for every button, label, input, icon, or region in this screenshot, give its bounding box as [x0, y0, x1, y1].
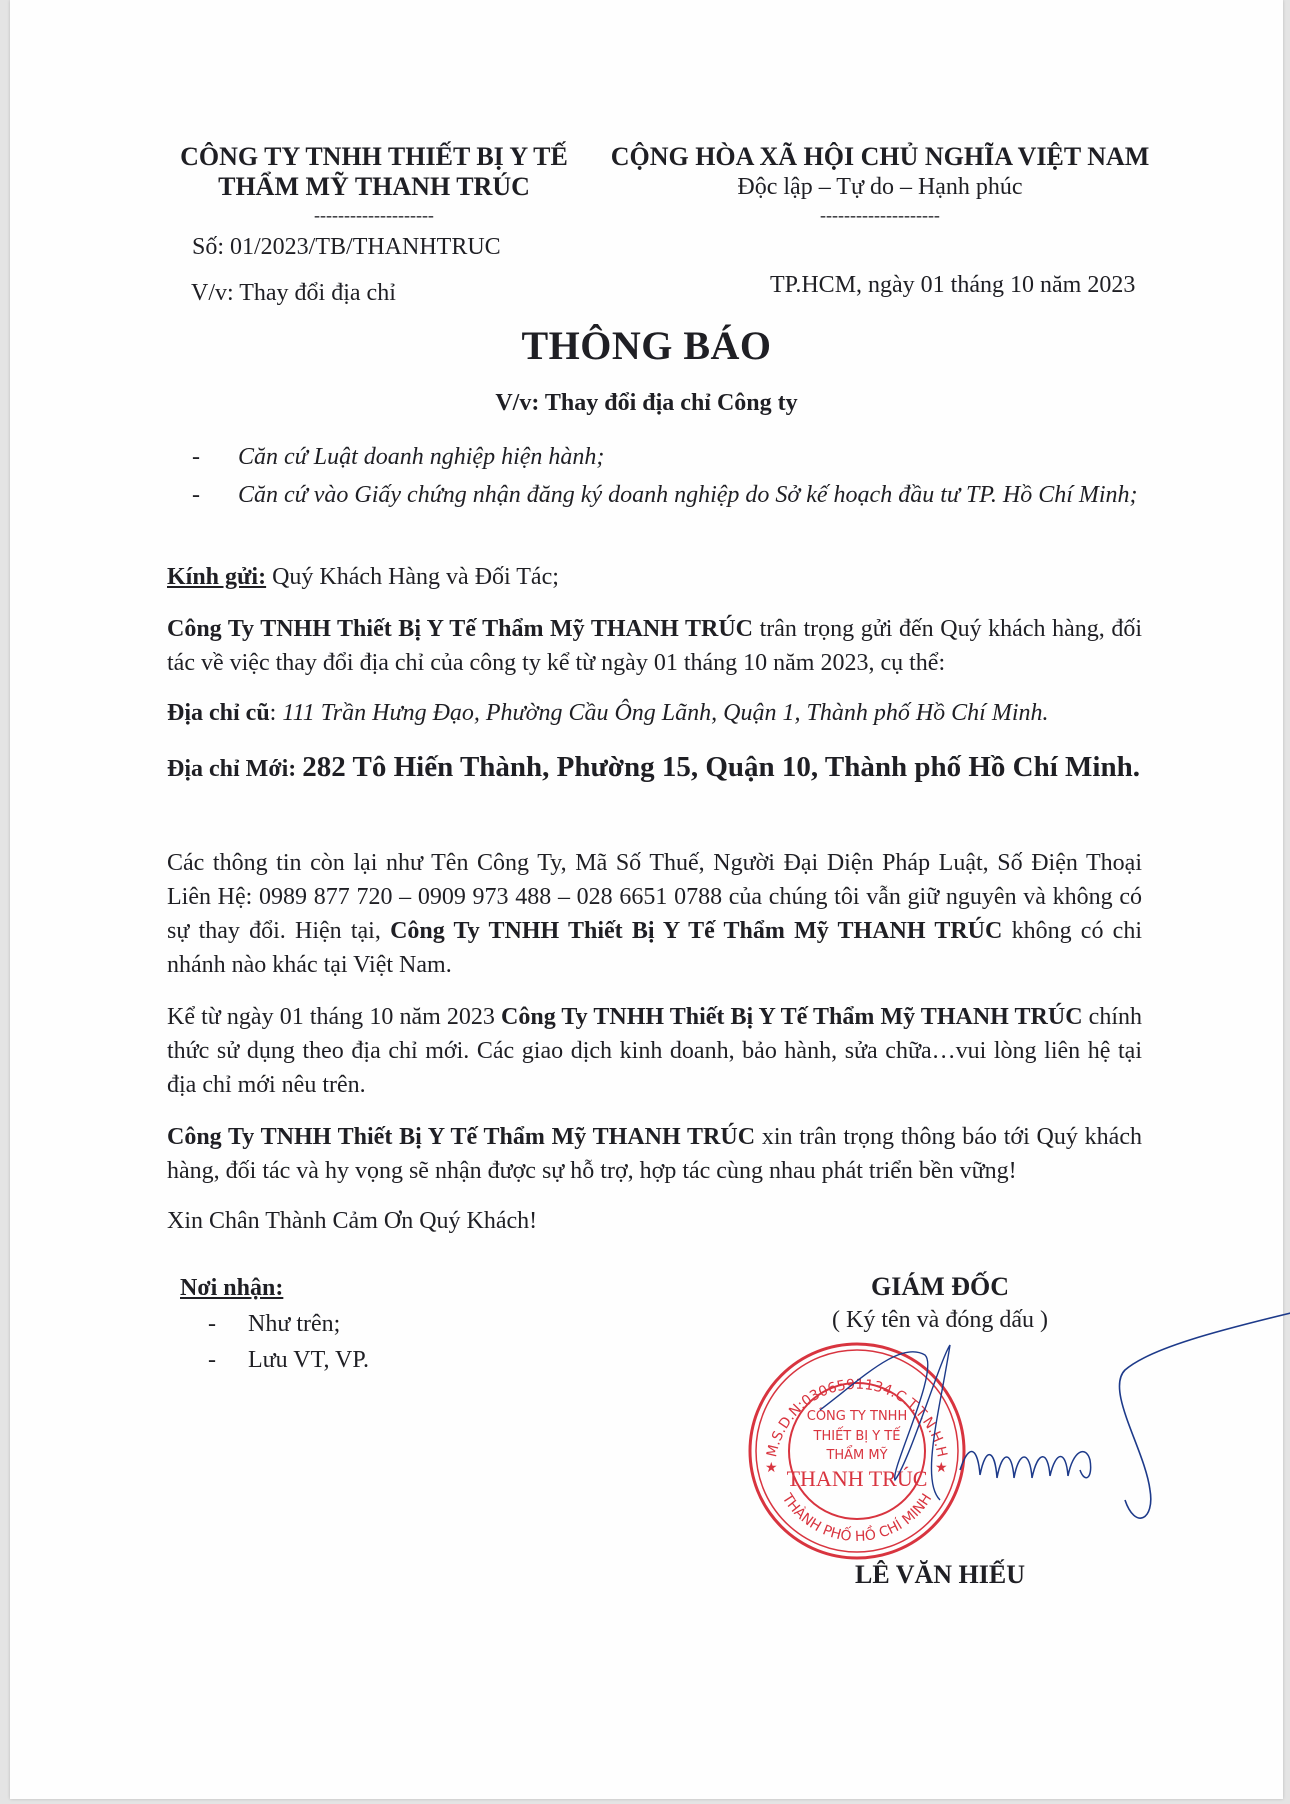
paragraph-intro: Công Ty TNHH Thiết Bị Y Tế Thẩm Mỹ THANH… [167, 612, 1142, 680]
legal-bases-list: - Căn cứ Luật doanh nghiệp hiện hành; - … [192, 440, 1162, 516]
recipients-block: Nơi nhận: -Như trên; -Lưu VT, VP. [180, 1270, 369, 1378]
recipient-text: Như trên; [248, 1311, 340, 1337]
legal-basis-text: Căn cứ vào Giấy chứng nhận đăng ký doanh… [238, 482, 1138, 508]
subject-short: V/v: Thay đổi địa chỉ [191, 280, 396, 307]
paragraph-info-unchanged: Các thông tin còn lại như Tên Công Ty, M… [167, 846, 1142, 982]
salutation-text: Quý Khách Hàng và Đối Tác; [266, 564, 559, 590]
old-address: Địa chỉ cũ: 111 Trần Hưng Đạo, Phường Cầ… [167, 696, 1142, 730]
reference-number: Số: 01/2023/TB/THANHTRUC [192, 234, 501, 261]
recipient-text: Lưu VT, VP. [248, 1347, 369, 1373]
recipient-item: -Như trên; [180, 1306, 369, 1342]
document-page: CÔNG TY TNHH THIẾT BỊ Y TẾ THẨM MỸ THANH… [10, 0, 1283, 1799]
company-name-bold: Công Ty TNHH Thiết Bị Y Tế Thẩm Mỹ THANH… [167, 1124, 755, 1150]
nation-title: CỘNG HÒA XÃ HỘI CHỦ NGHĨA VIỆT NAM [594, 142, 1166, 172]
document-title: THÔNG BÁO [10, 322, 1283, 369]
company-name-line1: CÔNG TY TNHH THIẾT BỊ Y TẾ [160, 142, 588, 172]
bullet-dash: - [192, 478, 200, 512]
recipients-label: Nơi nhận: [180, 1270, 369, 1306]
company-name-bold: Công Ty TNHH Thiết Bị Y Tế Thẩm Mỹ THANH… [167, 616, 753, 642]
salutation: Kính gửi: Quý Khách Hàng và Đối Tác; [167, 560, 1142, 594]
paragraph-closing: Công Ty TNHH Thiết Bị Y Tế Thẩm Mỹ THANH… [167, 1120, 1142, 1188]
handwritten-signature [790, 1300, 1290, 1540]
company-name-bold: Công Ty TNHH Thiết Bị Y Tế Thẩm Mỹ THANH… [390, 918, 1002, 944]
document-subtitle: V/v: Thay đổi địa chỉ Công ty [10, 390, 1283, 417]
place-date: TP.HCM, ngày 01 tháng 10 năm 2023 [770, 272, 1135, 299]
legal-basis-text: Căn cứ Luật doanh nghiệp hiện hành; [238, 444, 604, 470]
company-header: CÔNG TY TNHH THIẾT BỊ Y TẾ THẨM MỸ THANH… [160, 142, 588, 226]
salutation-label: Kính gửi: [167, 564, 266, 590]
bullet-dash: - [192, 440, 200, 474]
national-header: CỘNG HÒA XÃ HỘI CHỦ NGHĨA VIỆT NAM Độc l… [594, 142, 1166, 226]
colon: : [270, 700, 283, 726]
new-address-value: 282 Tô Hiến Thành, Phường 15, Quận 10, T… [302, 751, 1140, 783]
new-address-label: Địa chỉ Mới: [167, 756, 302, 782]
new-address: Địa chỉ Mới: 282 Tô Hiến Thành, Phường 1… [167, 748, 1142, 788]
nation-motto: Độc lập – Tự do – Hạnh phúc [594, 172, 1166, 202]
bullet-dash: - [208, 1306, 248, 1342]
recipient-item: -Lưu VT, VP. [180, 1342, 369, 1378]
old-address-label: Địa chỉ cũ [167, 700, 270, 726]
star-icon: ★ [765, 1460, 778, 1476]
thank-you-line: Xin Chân Thành Cảm Ơn Quý Khách! [167, 1204, 1142, 1238]
company-name-line2: THẨM MỸ THANH TRÚC [160, 172, 588, 202]
paragraph-effective-date: Kể từ ngày 01 tháng 10 năm 2023 Công Ty … [167, 1000, 1142, 1102]
bullet-dash: - [208, 1342, 248, 1378]
paragraph-text: Kể từ ngày 01 tháng 10 năm 2023 [167, 1004, 501, 1030]
nation-divider: -------------------- [594, 204, 1166, 226]
company-divider: -------------------- [160, 204, 588, 226]
legal-basis-item: - Căn cứ Luật doanh nghiệp hiện hành; [192, 440, 1162, 474]
company-name-bold: Công Ty TNHH Thiết Bị Y Tế Thẩm Mỹ THANH… [501, 1004, 1082, 1030]
signer-role: GIÁM ĐỐC [740, 1270, 1140, 1304]
legal-basis-item: - Căn cứ vào Giấy chứng nhận đăng ký doa… [192, 478, 1162, 512]
signer-name: LÊ VĂN HIẾU [740, 1560, 1140, 1590]
old-address-value: 111 Trần Hưng Đạo, Phường Cầu Ông Lãnh, … [282, 700, 1048, 726]
